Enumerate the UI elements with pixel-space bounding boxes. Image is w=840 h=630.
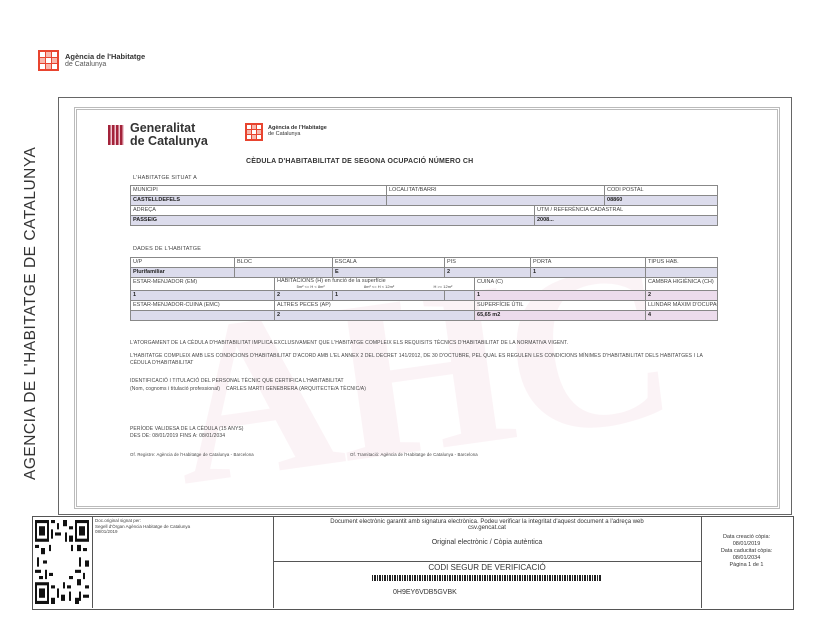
- emc-label: ESTAR-MENJADOR-CUINA (EMC): [131, 301, 275, 311]
- creation-date: 08/01/2019: [701, 541, 792, 548]
- technician-value: CARLES MARTI GENEBRERA (ARQUITECTE/A TÈC…: [226, 386, 366, 392]
- pis-label: PIS: [445, 258, 531, 268]
- creation-label: Data creació còpia:: [701, 534, 792, 541]
- utm-value: 2008...: [535, 216, 718, 226]
- location-section-label: L'HABITATGE SITUAT A: [133, 175, 197, 181]
- cp-value: 08860: [605, 196, 718, 206]
- signature-info-box: Doc.original signat per: Segell d'Òrgan …: [92, 516, 274, 608]
- signed-date: 08/01/2019: [95, 529, 270, 535]
- su-label: SUPERFÍCIE ÚTIL: [475, 301, 646, 311]
- page-number: Pàgina 1 de 1: [701, 562, 792, 569]
- validity-range: DES DE: 08/01/2019 FINS A: 08/01/2034: [130, 433, 430, 440]
- hab-value-3: [445, 291, 475, 301]
- habitacions-label: HABITACIONS (H) en funció de la superfíc…: [275, 278, 475, 291]
- agency-logo-icon: [38, 50, 59, 71]
- em-value: 1: [131, 291, 275, 301]
- copy-type: Original electrònic / Còpia autèntica: [273, 539, 701, 546]
- agency-name: Agència de l'Habitatge: [65, 53, 145, 61]
- generalitat-logo: Generalitat de Catalunya: [108, 122, 208, 147]
- hab-range-3: H >= 12m²: [433, 284, 452, 290]
- emc-value: [131, 311, 275, 321]
- llindar-value: 4: [646, 311, 718, 321]
- hab-range-1: 5m² <= H < 8m²: [297, 284, 325, 290]
- qr-code-icon: [35, 520, 89, 604]
- qr-code-box: [32, 516, 93, 608]
- ap-value: 2: [275, 311, 475, 321]
- bloc-value: [235, 268, 333, 278]
- adreca-value: PASSEIG: [131, 216, 535, 226]
- csv-box: CODI SEGUR DE VERIFICACIÓ 0H9EY6VDB5GVBK: [273, 561, 702, 608]
- em-label: ESTAR-MENJADOR (EM): [131, 278, 275, 291]
- document-title: CÈDULA D'HABITABILITAT DE SEGONA OCUPACI…: [246, 158, 473, 165]
- up-label: U/P: [131, 258, 235, 268]
- side-label: AGENCIA DE L'HABITATGE DE CATALUNYA: [22, 100, 40, 480]
- hab-value-1: 2: [275, 291, 333, 301]
- legal-paragraph-2: L'HABITATGE COMPLEIX AMB LES CONDICIONS …: [130, 353, 720, 366]
- llindar-label: LLINDAR MÀXIM D'OCUPACIÓ: [646, 301, 718, 311]
- generalitat-line2: de Catalunya: [130, 135, 208, 148]
- up-value: Plurifamiliar: [131, 268, 235, 278]
- escala-value: E: [333, 268, 445, 278]
- tipus-label: TIPUS HAB.: [646, 258, 718, 268]
- agency-logo: Agència de l'Habitatge de Catalunya: [38, 50, 145, 71]
- ap-label: ALTRES PECES (AP): [275, 301, 475, 311]
- cuina-label: CUINA (C): [475, 278, 646, 291]
- legal-paragraph-1: L'ATORGAMENT DE LA CÈDULA D'HABITABILITA…: [130, 340, 720, 347]
- ch-value: 2: [646, 291, 718, 301]
- technician-line: (Nom, cognoms i titulació professional) …: [130, 386, 720, 393]
- adreca-label: ADREÇA: [131, 206, 535, 216]
- agency-logo-icon: [245, 123, 263, 141]
- localitat-value: [387, 196, 605, 206]
- tipus-value: [646, 268, 718, 278]
- csv-code: 0H9EY6VDB5GVBK: [273, 589, 701, 596]
- location-table: MUNICIPI LOCALITAT/BARRI CODI POSTAL CAS…: [130, 185, 718, 226]
- verification-url[interactable]: csv.gencat.cat: [273, 525, 701, 531]
- csv-title: CODI SEGUR DE VERIFICACIÓ: [273, 563, 701, 572]
- porta-label: PORTA: [531, 258, 646, 268]
- hab-range-2: 8m² <= H < 12m²: [364, 284, 394, 290]
- agency-region-small: de Catalunya: [268, 132, 327, 138]
- validity-title: PERÍODE VALIDESA DE LA CÈDULA (15 ANYS): [130, 426, 430, 433]
- utm-label: UTM / REFERÈNCIA CADASTRAL: [535, 206, 718, 216]
- cp-label: CODI POSTAL: [605, 186, 718, 196]
- escala-label: ESCALA: [333, 258, 445, 268]
- processing-office: Of. Tramitació: Agència de l'Habitatge d…: [350, 452, 590, 459]
- copy-dates-box: Data creació còpia: 08/01/2019 Data cadu…: [701, 516, 792, 608]
- expiry-label: Data caducitat còpia:: [701, 548, 792, 555]
- expiry-date: 08/01/2034: [701, 555, 792, 562]
- generalitat-line1: Generalitat: [130, 122, 208, 135]
- senyera-icon: [108, 125, 124, 145]
- cuina-value: 1: [475, 291, 646, 301]
- ch-label: CAMBRA HIGIÈNICA (CH): [646, 278, 718, 291]
- registry-office: Of. Registre: Agència de l'Habitatge de …: [130, 452, 370, 459]
- verification-info: Document electrònic garantit amb signatu…: [273, 516, 702, 562]
- barcode-icon: [372, 575, 602, 581]
- technician-label: (Nom, cognoms i titulació professional): [130, 386, 220, 392]
- dwelling-section-label: DADES DE L'HABITATGE: [133, 246, 201, 252]
- municipi-value: CASTELLDEFELS: [131, 196, 387, 206]
- pis-value: 2: [445, 268, 531, 278]
- municipi-label: MUNICIPI: [131, 186, 387, 196]
- su-value: 65,65 m2: [475, 311, 646, 321]
- technician-title: IDENTIFICACIÓ I TITULACIÓ DEL PERSONAL T…: [130, 378, 720, 385]
- agency-logo-small: Agència de l'Habitatge de Catalunya: [245, 123, 327, 141]
- hab-value-2: 1: [333, 291, 445, 301]
- agency-region: de Catalunya: [65, 61, 145, 68]
- localitat-label: LOCALITAT/BARRI: [387, 186, 605, 196]
- bloc-label: BLOC: [235, 258, 333, 268]
- porta-value: 1: [531, 268, 646, 278]
- dwelling-table: U/P BLOC ESCALA PIS PORTA TIPUS HAB. Plu…: [130, 257, 718, 321]
